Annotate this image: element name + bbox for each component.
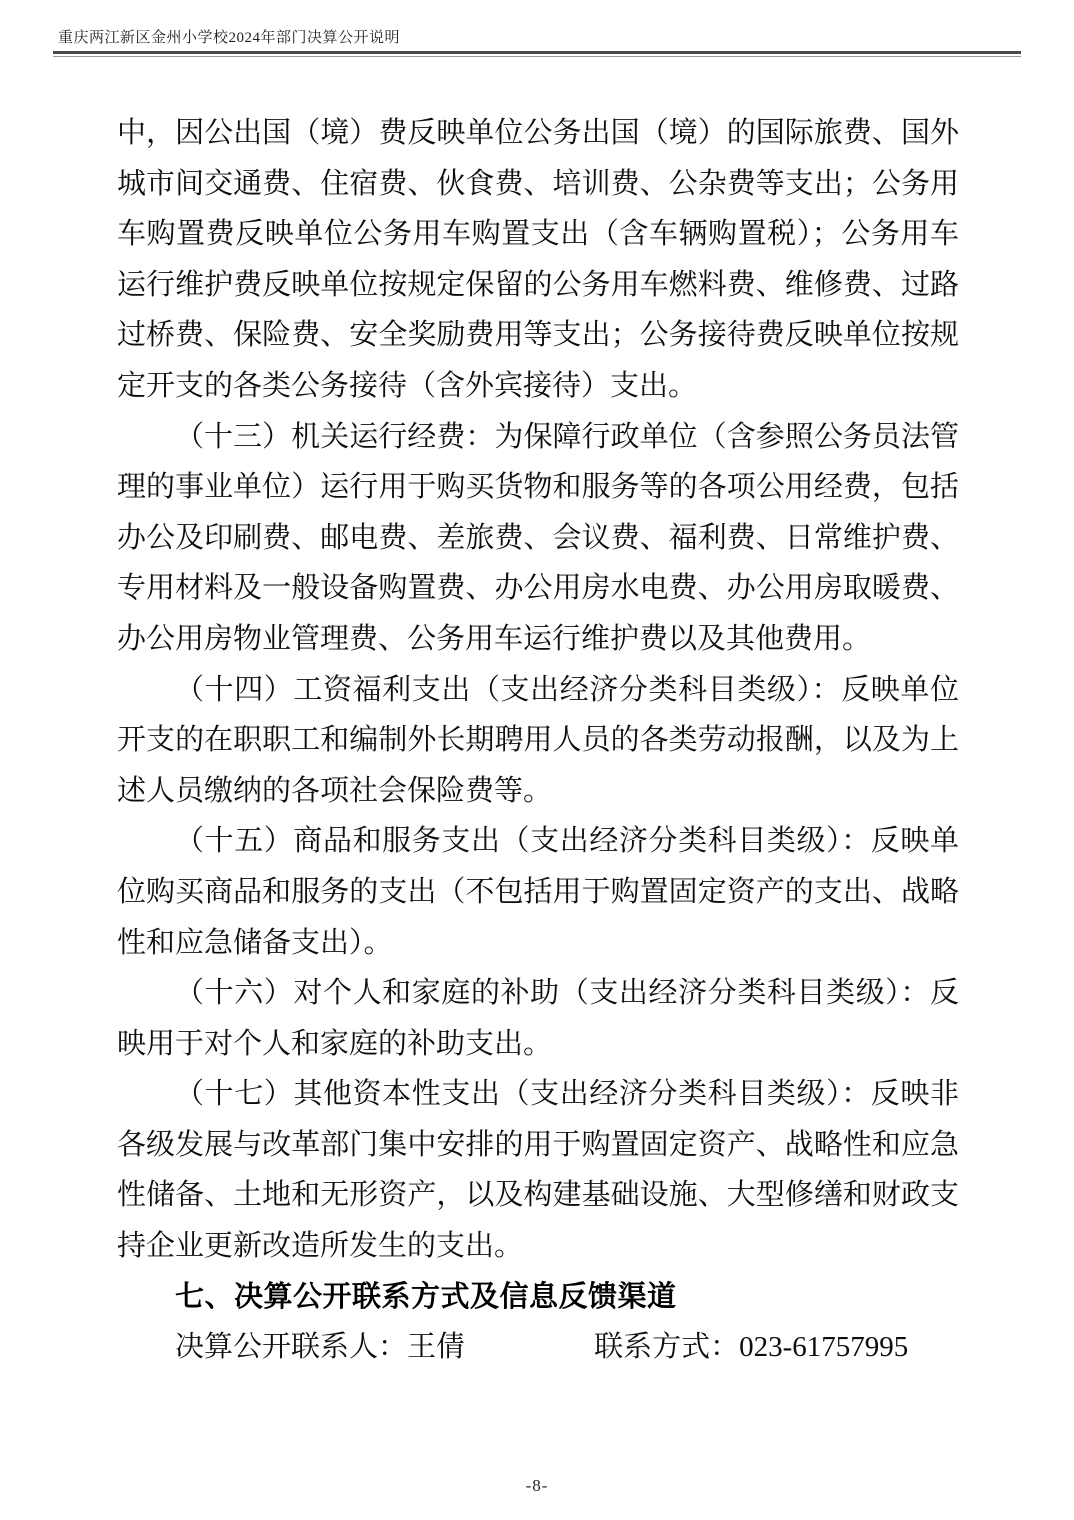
body-paragraph: （十四）工资福利支出（支出经济分类科目类级）：反映单位开支的在职职工和编制外长期… bbox=[117, 665, 959, 817]
document-body: 中，因公出国（境）费反映单位公务出国（境）的国际旅费、国外城市间交通费、住宿费、… bbox=[117, 108, 959, 1373]
header-rule bbox=[53, 51, 1021, 57]
body-paragraph: （十三）机关运行经费：为保障行政单位（含参照公务员法管理的事业单位）运行用于购买… bbox=[117, 412, 959, 665]
page-header-title: 重庆两江新区金州小学校2024年部门决算公开说明 bbox=[53, 29, 1021, 47]
document-page: 重庆两江新区金州小学校2024年部门决算公开说明 中，因公出国（境）费反映单位公… bbox=[0, 0, 1074, 1520]
contact-person: 决算公开联系人：王倩 bbox=[175, 1331, 465, 1363]
contact-phone: 联系方式：023-61757995 bbox=[594, 1331, 908, 1363]
contact-line: 决算公开联系人：王倩联系方式：023-61757995 bbox=[117, 1322, 959, 1373]
page-number: -8- bbox=[526, 1476, 549, 1495]
page-header: 重庆两江新区金州小学校2024年部门决算公开说明 bbox=[53, 29, 1021, 57]
section-heading: 七、决算公开联系方式及信息反馈渠道 bbox=[117, 1272, 959, 1323]
body-paragraph: （十七）其他资本性支出（支出经济分类科目类级）：反映非各级发展与改革部门集中安排… bbox=[117, 1069, 959, 1271]
body-paragraph: 中，因公出国（境）费反映单位公务出国（境）的国际旅费、国外城市间交通费、住宿费、… bbox=[117, 108, 959, 412]
body-paragraph: （十五）商品和服务支出（支出经济分类科目类级）：反映单位购买商品和服务的支出（不… bbox=[117, 816, 959, 968]
page-footer: -8- bbox=[0, 1476, 1074, 1496]
body-paragraph: （十六）对个人和家庭的补助（支出经济分类科目类级）：反映用于对个人和家庭的补助支… bbox=[117, 968, 959, 1069]
